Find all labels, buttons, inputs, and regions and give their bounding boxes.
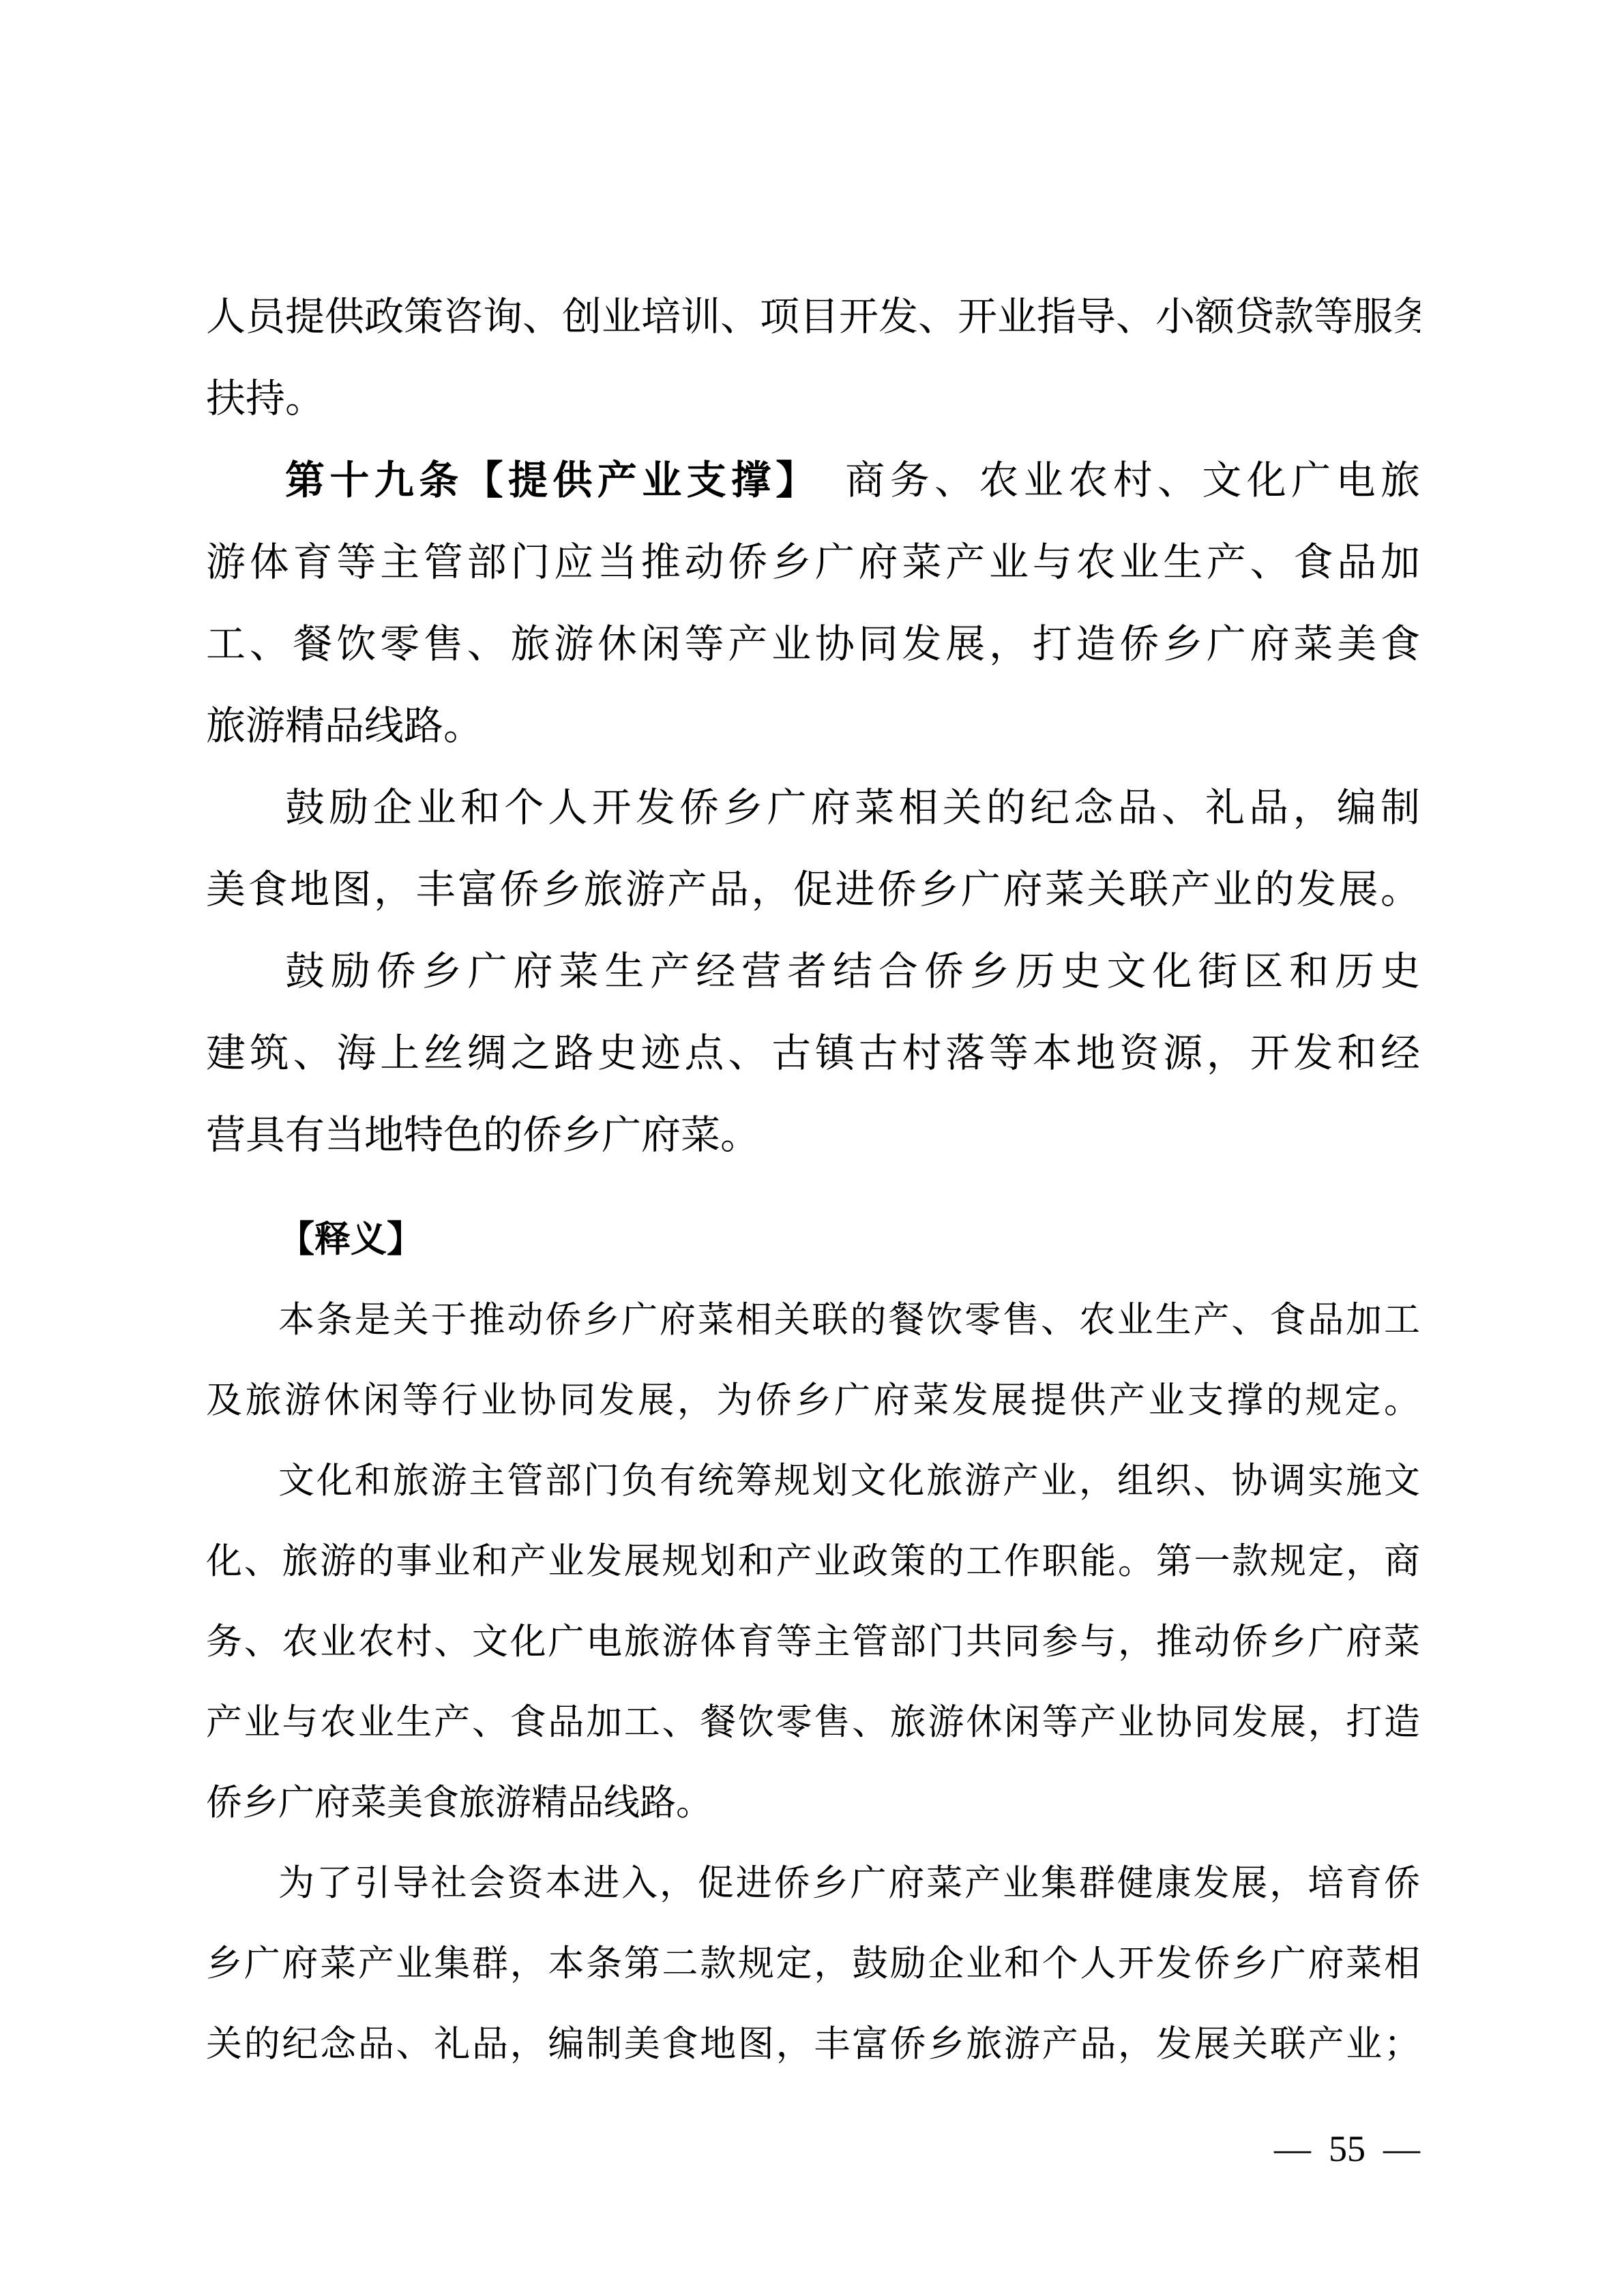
interpretation-paragraph2-line: 务、农业农村、文化广电旅游体育等主管部门共同参与，推动侨乡广府菜 xyxy=(206,1602,1420,1682)
interpretation-heading: 【释义】 xyxy=(278,1219,423,1259)
page-number-dash-left: — xyxy=(1274,2128,1311,2169)
statute-section: 人员提供政策咨询、创业培训、项目开发、开业指导、小额贷款等服务和 扶持。 第十九… xyxy=(206,276,1420,1176)
article-paragraph-line: 游体育等主管部门应当推动侨乡广府菜产业与农业生产、食品加 xyxy=(206,522,1420,603)
page-text-block: 人员提供政策咨询、创业培训、项目开发、开业指导、小额贷款等服务和 扶持。 第十九… xyxy=(206,276,1420,2085)
document-page: { "statute": { "carryover_paragraph": [ … xyxy=(0,0,1624,2296)
interpretation-paragraph1-line: 及旅游休闲等行业协同发展，为侨乡广府菜发展提供产业支撑的规定。 xyxy=(206,1360,1420,1441)
statute-paragraph3-line: 鼓励侨乡广府菜生产经营者结合侨乡历史文化街区和历史 xyxy=(206,931,1420,1013)
statute-paragraph2-line: 美食地图，丰富侨乡旅游产品，促进侨乡广府菜关联产业的发展。 xyxy=(206,849,1420,931)
article-paragraph-line: 旅游精品线路。 xyxy=(206,685,1420,767)
interpretation-paragraph2-line: 侨乡广府菜美食旅游精品线路。 xyxy=(206,1763,1420,1843)
interpretation-paragraph2-line: 产业与农业生产、食品加工、餐饮零售、旅游休闲等产业协同发展，打造 xyxy=(206,1682,1420,1763)
article-number-heading: 第十九条【提供产业支撑】 xyxy=(285,458,801,503)
interpretation-paragraph1-line: 本条是关于推动侨乡广府菜相关联的餐饮零售、农业生产、食品加工 xyxy=(206,1280,1420,1360)
interpretation-paragraph2-line: 文化和旅游主管部门负有统筹规划文化旅游产业，组织、协调实施文 xyxy=(206,1441,1420,1521)
article-paragraph-line: 工、餐饮零售、旅游休闲等产业协同发展，打造侨乡广府菜美食 xyxy=(206,603,1420,685)
interpretation-paragraph3-line: 关的纪念品、礼品，编制美食地图，丰富侨乡旅游产品，发展关联产业； xyxy=(206,2004,1420,2085)
interpretation-paragraph2-line: 化、旅游的事业和产业发展规划和产业政策的工作职能。第一款规定，商 xyxy=(206,1521,1420,1602)
page-number-dash-right: — xyxy=(1383,2128,1420,2169)
carryover-paragraph-line: 人员提供政策咨询、创业培训、项目开发、开业指导、小额贷款等服务和 xyxy=(206,276,1420,358)
carryover-paragraph-line: 扶持。 xyxy=(206,358,1420,440)
page-footer: —55— xyxy=(206,2126,1420,2171)
interpretation-heading-line: 【释义】 xyxy=(206,1199,1420,1280)
statute-paragraph3-line: 建筑、海上丝绸之路史迹点、古镇古村落等本地资源，开发和经 xyxy=(206,1013,1420,1094)
article-heading-rest: 商务、农业农村、文化广电旅 xyxy=(801,458,1420,503)
article-heading-line: 第十九条【提供产业支撑】 商务、农业农村、文化广电旅 xyxy=(206,440,1420,522)
interpretation-paragraph3-line: 为了引导社会资本进入，促进侨乡广府菜产业集群健康发展，培育侨 xyxy=(206,1843,1420,1924)
interpretation-section: 【释义】 本条是关于推动侨乡广府菜相关联的餐饮零售、农业生产、食品加工 及旅游休… xyxy=(206,1199,1420,2085)
statute-paragraph2-line: 鼓励企业和个人开发侨乡广府菜相关的纪念品、礼品，编制 xyxy=(206,767,1420,849)
interpretation-paragraph3-line: 乡广府菜产业集群，本条第二款规定，鼓励企业和个人开发侨乡广府菜相 xyxy=(206,1924,1420,2004)
statute-paragraph3-line: 营具有当地特色的侨乡广府菜。 xyxy=(206,1094,1420,1176)
page-number: 55 xyxy=(1329,2128,1365,2169)
